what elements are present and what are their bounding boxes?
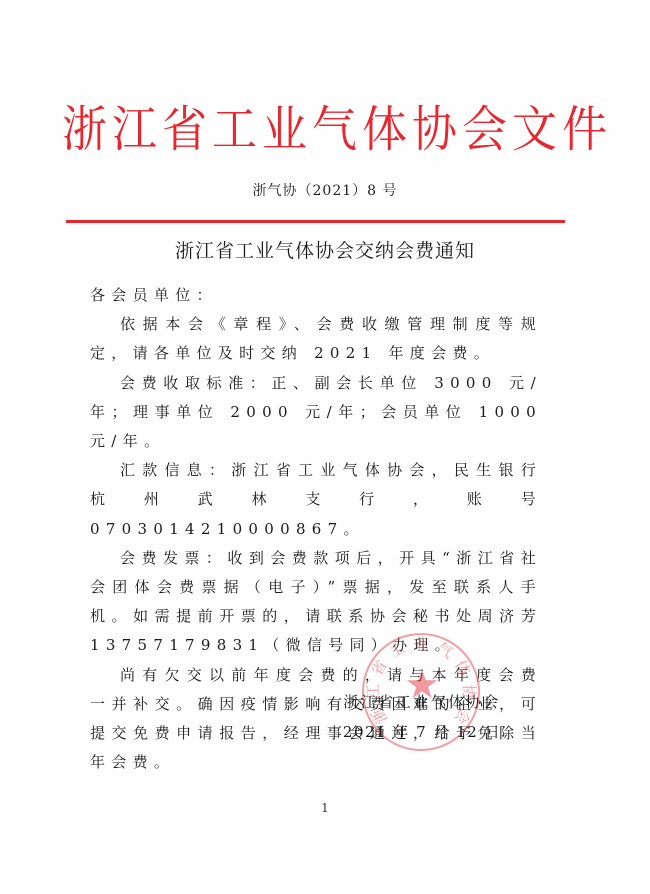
page-number: 1	[0, 800, 650, 816]
signing-date: 2021 年 7 月 12 日	[342, 722, 502, 742]
paragraph-invoice: 会费发票：收到会费款项后，开具“浙江省社会团体会费票据（电子）”票据，发至联系人…	[90, 544, 542, 661]
red-divider-line	[66, 220, 565, 223]
signing-organization: 浙江省工业气体协会	[342, 692, 502, 712]
org-document-header: 浙江省工业气体协会文件	[62, 98, 572, 163]
paragraph-remittance-info: 汇款信息：浙江省工业气体协会，民生银行杭州武林支行，账号 07030142100…	[90, 456, 542, 544]
paragraph-fee-standard: 会费收取标准：正、副会长单位 3000 元/年；理事单位 2000 元/年；会员…	[90, 369, 542, 457]
paragraph-fee-requirement: 依据本会《章程》、会费收缴管理制度等规定，请各单位及时交纳 2021 年度会费。	[90, 310, 542, 368]
salutation: 各会员单位：	[90, 281, 542, 310]
notice-title: 浙江省工业气体协会交纳会费通知	[0, 238, 650, 264]
document-number: 浙气协（2021）8 号	[0, 181, 650, 201]
document-page: 浙江省工业气体协会文件 浙气协（2021）8 号 浙江省工业气体协会交纳会费通知…	[0, 0, 650, 894]
